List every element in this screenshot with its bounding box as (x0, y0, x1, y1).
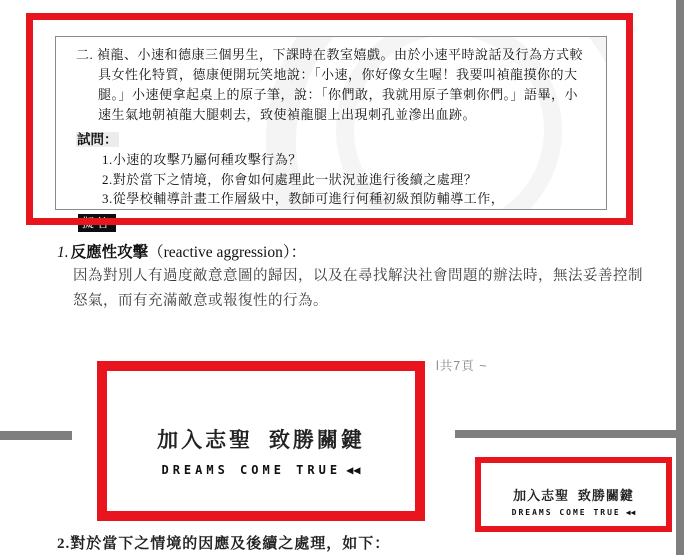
question-scenario: 二. 禎龍、小速和德康三個男生，下課時在教室嬉戲。由於小速平時說話及行為方式較具… (76, 45, 590, 125)
question-item-3-continued: 以避免項類似情境發生？ (115, 209, 606, 211)
answer-body: 因為對別人有過度敵意意圖的歸因，以及在尋找解決社會問題的辦法時，無法妥善控制怒氣… (73, 264, 653, 314)
ad-subtitle-row: DREAMS COME TRUE◀◀ (512, 508, 636, 517)
question-item-2: 2.對於當下之情境，你會如何處理此一狀況並進行後續之處理？ (102, 170, 606, 190)
ad-title: 加入志聖 致勝關鍵 (157, 424, 365, 454)
ad-title: 加入志聖 致勝關鍵 (513, 485, 634, 504)
question-annotation-box: 二. 禎龍、小速和德康三個男生，下課時在教室嬉戲。由於小速平時說話及行為方式較具… (26, 13, 633, 225)
ad-subtitle: DREAMS COME TRUE (512, 508, 621, 517)
page-count-label: 共7頁 ~ (440, 359, 488, 373)
answer-heading-term: 反應性攻擊 (71, 244, 149, 261)
question-panel: 二. 禎龍、小速和德康三個男生，下課時在教室嬉戲。由於小速平時說話及行為方式較具… (55, 36, 607, 210)
ad-subtitle-row: DREAMS COME TRUE◀◀ (161, 463, 360, 477)
answer-heading-number: 1. (57, 244, 69, 261)
window-divider-right (455, 430, 684, 438)
question-item-3: 3.從學校輔導計畫工作層級中，教師可進行何種初級預防輔導工作， (102, 189, 606, 209)
scrollbar-track[interactable] (676, 0, 684, 555)
question-number: 二. (76, 47, 93, 62)
next-answer-heading: 2.對於當下之情境的因應及後續之處理，如下： (57, 532, 390, 553)
question-item-1: 1.小速的攻擊乃屬何種攻擊行為？ (102, 150, 606, 170)
ad-banner-small: 加入志聖 致勝關鍵 DREAMS COME TRUE◀◀ (475, 457, 672, 532)
document-page: 二. 禎龍、小速和德康三個男生，下課時在教室嬉戲。由於小速平時說話及行為方式較具… (0, 0, 687, 555)
answer-heading-annotation: （reactive aggression）： (148, 244, 306, 261)
rewind-arrows-icon: ◀◀ (346, 463, 360, 477)
answer-heading: 1.反應性攻擊（reactive aggression）： (57, 240, 306, 262)
question-list: 1.小速的攻擊乃屬何種攻擊行為？ 2.對於當下之情境，你會如何處理此一狀況並進行… (102, 150, 606, 210)
question-prompt: 試問： (76, 128, 606, 148)
window-divider-left (0, 431, 72, 440)
question-scenario-text: 禎龍、小速和德康三個男生，下課時在教室嬉戲。由於小速平時說話及行為方式較具女性化… (97, 47, 583, 122)
page-count-indicator: l共7頁 ~ (436, 356, 488, 374)
rewind-arrows-icon: ◀◀ (626, 508, 636, 517)
ad-banner-large: 加入志聖 致勝關鍵 DREAMS COME TRUE◀◀ (97, 361, 425, 521)
ad-subtitle: DREAMS COME TRUE (161, 463, 341, 477)
